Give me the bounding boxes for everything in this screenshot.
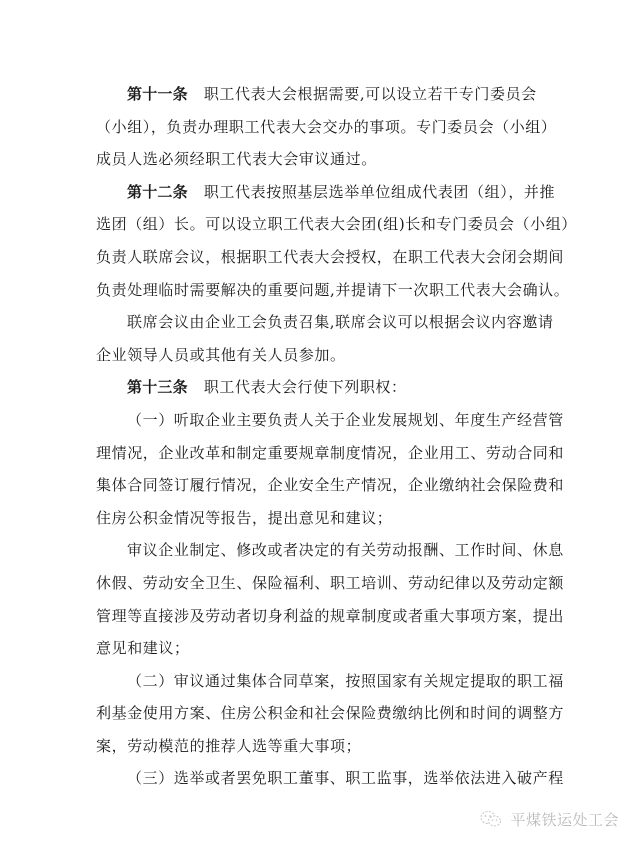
body-line: 休假、劳动安全卫生、保险福利、职工培训、劳动纪律以及劳动定额 — [96, 567, 536, 600]
body-text: 职工代表按照基层选举单位组成代表团（组），并推 — [204, 183, 555, 201]
body-line: 管理等直接涉及劳动者切身利益的规章制度或者重大事项方案，提出 — [96, 600, 536, 633]
body-text: 职工代表大会根据需要,可以设立若干专门委员会 — [204, 85, 537, 103]
watermark: 平煤铁运处工会 — [480, 806, 619, 832]
body-line: 企业领导人员或其他有关人员参加。 — [96, 339, 536, 372]
article-heading: 第十二条 — [127, 183, 188, 201]
body-line: 负责人联席会议，根据职工代表大会授权，在职工代表大会闭会期间 — [96, 241, 536, 274]
body-line: 住房公积金情况等报告，提出意见和建议； — [96, 502, 536, 535]
body-text: 职工代表大会行使下列职权： — [204, 378, 407, 396]
body-line: （三）选举或者罢免职工董事、职工监事，选举依法进入破产程 — [96, 762, 536, 795]
body-line: 审议企业制定、修改或者决定的有关劳动报酬、工作时间、休息 — [96, 534, 536, 567]
body-line: 负责处理临时需要解决的重要问题,并提请下一次职工代表大会确认。 — [96, 274, 536, 307]
body-line: 意见和建议； — [96, 632, 536, 665]
watermark-text: 平煤铁运处工会 — [510, 809, 619, 830]
body-line: 联席会议由企业工会负责召集,联席会议可以根据会议内容邀请 — [96, 306, 536, 339]
document-page: 第十一条职工代表大会根据需要,可以设立若干专门委员会 （小组），负责办理职工代表… — [96, 78, 536, 795]
body-line: （二）审议通过集体合同草案，按照国家有关规定提取的职工福 — [96, 665, 536, 698]
article-heading: 第十三条 — [127, 378, 188, 396]
body-line: 利基金使用方案、住房公积金和社会保险费缴纳比例和时间的调整方 — [96, 697, 536, 730]
body-line: （小组），负责办理职工代表大会交办的事项。专门委员会（小组） — [96, 111, 536, 144]
article-13-line-1: 第十三条职工代表大会行使下列职权： — [96, 371, 536, 404]
body-line: 选团（组）长。可以设立职工代表大会团(组)长和专门委员会（小组） — [96, 208, 536, 241]
article-heading: 第十一条 — [127, 85, 188, 103]
body-line: （一）听取企业主要负责人关于企业发展规划、年度生产经营管 — [96, 404, 536, 437]
body-line: 成员人选必须经职工代表大会审议通过。 — [96, 143, 536, 176]
wechat-icon — [480, 810, 502, 828]
body-line: 案，劳动模范的推荐人选等重大事项； — [96, 730, 536, 763]
body-line: 集体合同签订履行情况，企业安全生产情况，企业缴纳社会保险费和 — [96, 469, 536, 502]
article-12-line-1: 第十二条职工代表按照基层选举单位组成代表团（组），并推 — [96, 176, 536, 209]
article-11-line-1: 第十一条职工代表大会根据需要,可以设立若干专门委员会 — [96, 78, 536, 111]
body-line: 理情况，企业改革和制定重要规章制度情况，企业用工、劳动合同和 — [96, 437, 536, 470]
